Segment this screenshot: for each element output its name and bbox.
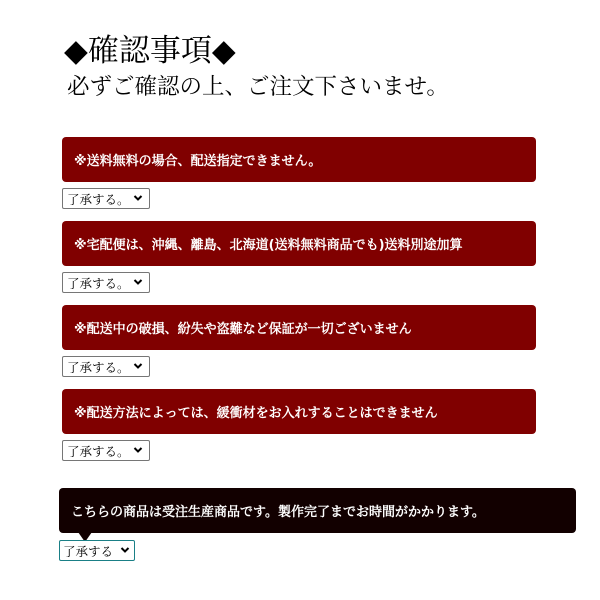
page-title: ◆確認事項◆ — [64, 34, 236, 68]
notice-remote-shipping: ※宅配便は、沖縄、離島、北海道(送料無料商品でも)送料別途加算 — [62, 221, 536, 266]
chevron-down-icon — [133, 445, 143, 455]
select-value: 了承する。 — [67, 190, 130, 208]
chevron-down-icon — [133, 193, 143, 203]
chevron-down-icon — [133, 277, 143, 287]
select-value: 了承する — [63, 542, 113, 560]
agree-select-1[interactable]: 了承する。 — [62, 188, 150, 209]
chevron-down-icon — [120, 545, 130, 555]
notice-no-cushioning: ※配送方法によっては、緩衝材をお入れすることはできません — [62, 389, 536, 434]
chevron-down-icon — [133, 361, 143, 371]
select-value: 了承する。 — [67, 442, 130, 460]
validation-tooltip: こちらの商品は受注生産商品です。製作完了までお時間がかかります。 — [59, 488, 576, 533]
select-value: 了承する。 — [67, 274, 130, 292]
notice-free-shipping: ※送料無料の場合、配送指定できません。 — [62, 137, 536, 182]
agree-select-4[interactable]: 了承する。 — [62, 440, 150, 461]
notice-no-warranty: ※配送中の破損、紛失や盗難など保証が一切ございません — [62, 305, 536, 350]
agree-select-2[interactable]: 了承する。 — [62, 272, 150, 293]
select-value: 了承する。 — [67, 358, 130, 376]
agree-select-3[interactable]: 了承する。 — [62, 356, 150, 377]
page-subtitle: 必ずご確認の上、ご注文下さいませ。 — [67, 72, 449, 102]
agree-select-made-to-order[interactable]: 了承する — [59, 540, 135, 561]
